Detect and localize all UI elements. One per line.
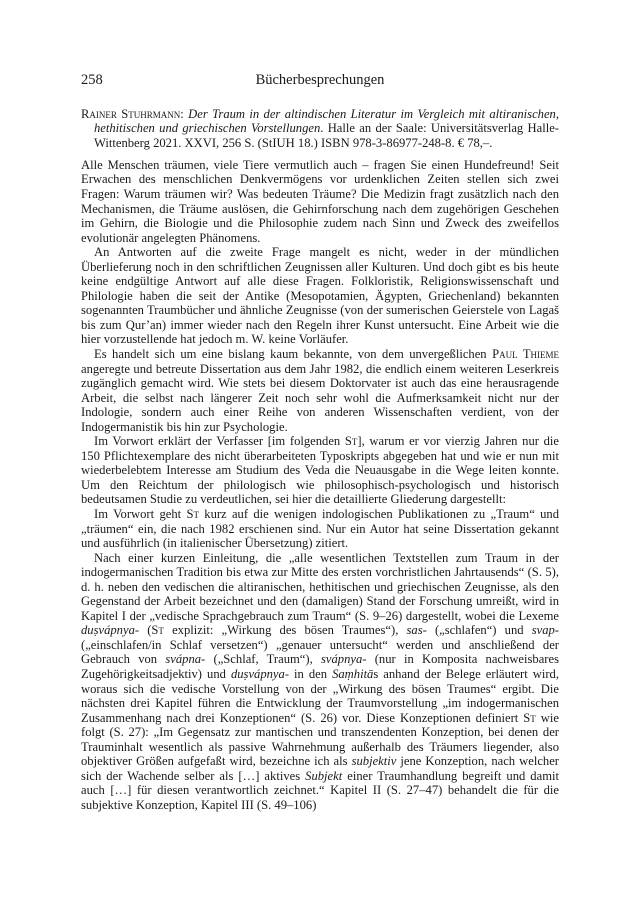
text-run: Alle Menschen träumen, viele Tiere vermu… <box>81 158 559 245</box>
review-body: Alle Menschen träumen, viele Tiere vermu… <box>81 158 559 813</box>
italic-term: svápna- <box>165 652 205 666</box>
book-citation: Rainer Stuhrmann: Der Traum in der altin… <box>81 107 559 150</box>
small-caps-name: Paul Thieme <box>492 347 559 361</box>
text-run: („Schlaf, Traum“), <box>205 652 321 666</box>
text-run: angeregte und betreute Dissertation aus … <box>81 362 559 434</box>
citation-author: Rainer Stuhrmann <box>81 107 180 121</box>
paragraph: Im Vorwort erklärt der Verfasser [im fol… <box>81 434 559 507</box>
italic-term: Saṃhitā <box>332 667 373 681</box>
italic-term: svápnya- <box>321 652 366 666</box>
text-run: explizit: „Wirkung des bösen Traumes“), <box>164 623 407 637</box>
paragraph: Im Vorwort geht St kurz auf die wenigen … <box>81 507 559 551</box>
small-caps-name: St <box>186 507 199 521</box>
italic-term: duṣvápnya- <box>231 667 289 681</box>
text-run: Nach einer kurzen Einleitung, die „alle … <box>81 551 559 623</box>
paragraph: Nach einer kurzen Einleitung, die „alle … <box>81 551 559 813</box>
text-run: („schlafen“) und <box>427 623 532 637</box>
citation-author-sep: : <box>180 107 188 121</box>
text-run: Im Vorwort erklärt der Verfasser [im fol… <box>94 434 345 448</box>
document-page: 258 Bücherbesprechungen Rainer Stuhrmann… <box>81 72 559 813</box>
text-run: Im Vorwort geht <box>94 507 186 521</box>
paragraph: An Antworten auf die zweite Frage mangel… <box>81 245 559 347</box>
paragraph: Alle Menschen träumen, viele Tiere vermu… <box>81 158 559 245</box>
italic-term: svap- <box>532 623 559 637</box>
text-run: An Antworten auf die zweite Frage mangel… <box>81 245 559 346</box>
small-caps-name: St <box>345 434 358 448</box>
italic-term: sas- <box>407 623 427 637</box>
text-run: in den <box>289 667 332 681</box>
small-caps-name: St <box>151 623 164 637</box>
running-head: 258 Bücherbesprechungen <box>81 72 559 92</box>
text-run: Es handelt sich um eine bislang kaum bek… <box>94 347 492 361</box>
italic-term: Subjekt <box>305 769 342 783</box>
text-run: ( <box>139 623 151 637</box>
italic-term: duṣvápnya- <box>81 623 139 637</box>
small-caps-name: St <box>523 711 536 725</box>
italic-term: subjektiv <box>352 754 397 768</box>
paragraph: Es handelt sich um eine bislang kaum bek… <box>81 347 559 434</box>
running-title: Bücherbesprechungen <box>81 72 559 89</box>
